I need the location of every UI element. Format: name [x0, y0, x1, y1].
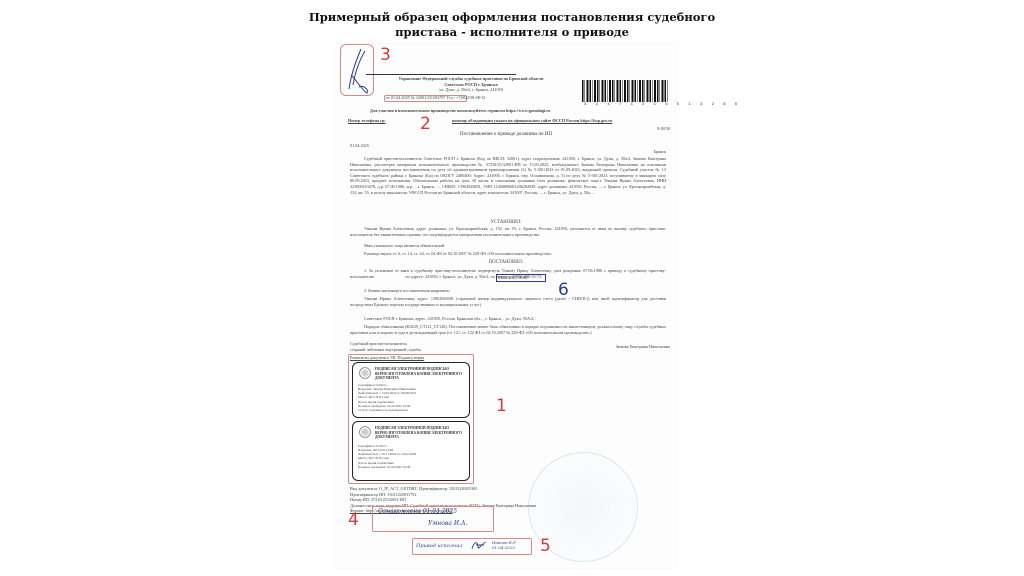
barcode: [582, 80, 668, 102]
sig-card-1-line: Место: ФССП России: [358, 395, 389, 399]
annotation-marker-4: 4: [348, 512, 359, 529]
ustanovil-heading: УСТАНОВИЛ:: [336, 220, 676, 226]
handwritten-signature-icon: [470, 539, 488, 558]
slide-title: Примерный образец оформления постановлен…: [300, 10, 724, 40]
sig-card-2-heading2: ВЕРНО ИЗГОТОВЛЕНА КОПИЯ ЭЛЕКТРОННОГО ДОК…: [375, 431, 469, 440]
ustanovil-paragraph: Умнова Ирина Алексеевна, адрес должника:…: [350, 226, 666, 243]
header-rule: [366, 74, 516, 75]
org-address: ул. Дуки, д. 50а/2, г. Брянск, 241050: [366, 87, 576, 93]
slide-title-line2: пристава - исполнителя о приводе: [300, 25, 724, 40]
annotation-marker-1: 1: [496, 398, 507, 415]
handwritten-bailiff: Иванов Е.Р. 01.04.2025: [492, 540, 517, 550]
handwritten-debtor-name: Умнова И.А.: [428, 520, 467, 527]
annotation-marker-3: 3: [380, 47, 391, 64]
item1-datetime: 01.04.2025 10:00: [498, 275, 527, 281]
signer-position2: старший лейтенант внутренней службы: [350, 347, 510, 353]
document-city: Брянск: [626, 149, 666, 155]
signature-note: Реквизиты документа ЭП. Подпись верна: [350, 355, 470, 361]
handwritten-acknowledgement: Ознакомлена 01.04.2025: [378, 508, 457, 515]
item2-text: 2. Копию настоящего постановления направ…: [364, 288, 564, 294]
sig-card-2-heading: ПОДПИСАН ЭЛЕКТРОННОЙ ПОДПИСЬЮ ВЕРНО ИЗГО…: [375, 426, 469, 440]
sig-card-1-heading: ПОДПИСАН ЭЛЕКТРОННОЙ ПОДПИСЬЮ ВЕРНО ИЗГО…: [375, 367, 469, 381]
e-signature-card-2: ПОДПИСАН ЭЛЕКТРОННОЙ ПОДПИСЬЮ ВЕРНО ИЗГО…: [352, 421, 470, 481]
phone-label: Номер телефона гр:: [348, 118, 418, 124]
rosp-address: Советское РОСП г. Брянска, адрес: 241050…: [364, 316, 664, 322]
signer-position: Судебный пристав-исполнитель старший лей…: [350, 341, 510, 352]
item2-recipient: Умнова Ирина Алексеевна, адрес: 13962828…: [350, 296, 666, 313]
fssp-line[interactable]: помощь обладающим указом на официальном …: [452, 118, 667, 124]
sig-card-1-line: Статус: подлинность подтверждена: [358, 408, 408, 412]
annotation-marker-2: 2: [420, 116, 431, 133]
signer-name: Зюкова Екатерина Николаевна: [570, 344, 670, 350]
handwritten-executed-note: Привод исполнил: [416, 543, 463, 549]
appeal-paragraph: Порядок обжалования (ФЗ229_СТ121_СТ128).…: [350, 324, 666, 341]
org-header: Управление Федеральной службы судебных п…: [366, 76, 576, 93]
gosuslugi-line[interactable]: Для участия в исполнительном производств…: [370, 108, 670, 114]
reg-line: от 01.04.2025 № 32001/25/294797 Тел.: +7…: [386, 95, 546, 101]
code-right: 9-28/30: [636, 126, 670, 132]
coat-of-arms-icon: [359, 426, 371, 438]
e-signature-card-1: ПОДПИСАН ЭЛЕКТРОННОЙ ПОДПИСЬЮ ВЕРНО ИЗГО…: [352, 362, 470, 418]
rukovodstvuyas: Руководствуясь ст. 6, ст. 14, ст. 24, ст…: [364, 251, 669, 257]
document-page: 3 Управление Федеральной службы судебных…: [336, 44, 676, 568]
slide-title-line1: Примерный образец оформления постановлен…: [300, 10, 724, 25]
intro-paragraph: Судебный пристав-исполнитель Советское Р…: [350, 156, 666, 222]
handwritten-bailiff-date: 01.04.2025: [492, 545, 517, 550]
sig-card-2-line: Место: ФССП России: [358, 456, 389, 460]
document-date: 01.04.2025: [350, 143, 369, 149]
postanovil-heading: ПОСТАНОВИЛ:: [336, 260, 676, 266]
annotation-marker-5: 5: [540, 538, 551, 555]
ustanovil-note: Явка указанного лица является обязательн…: [364, 243, 664, 249]
document-title: Постановление о приводе должника по ИП: [336, 132, 676, 138]
barcode-digits: 3 2 4 7 4 2 1 6 5 1 3 2 8 8: [584, 103, 674, 107]
sig-card-2-line: Подпись проверена: 01.04.2025 10:00: [358, 465, 410, 469]
coat-of-arms-icon: [359, 367, 371, 379]
sig-card-1-heading2: ВЕРНО ИЗГОТОВЛЕНА КОПИЯ ЭЛЕКТРОННОГО ДОК…: [375, 372, 469, 381]
